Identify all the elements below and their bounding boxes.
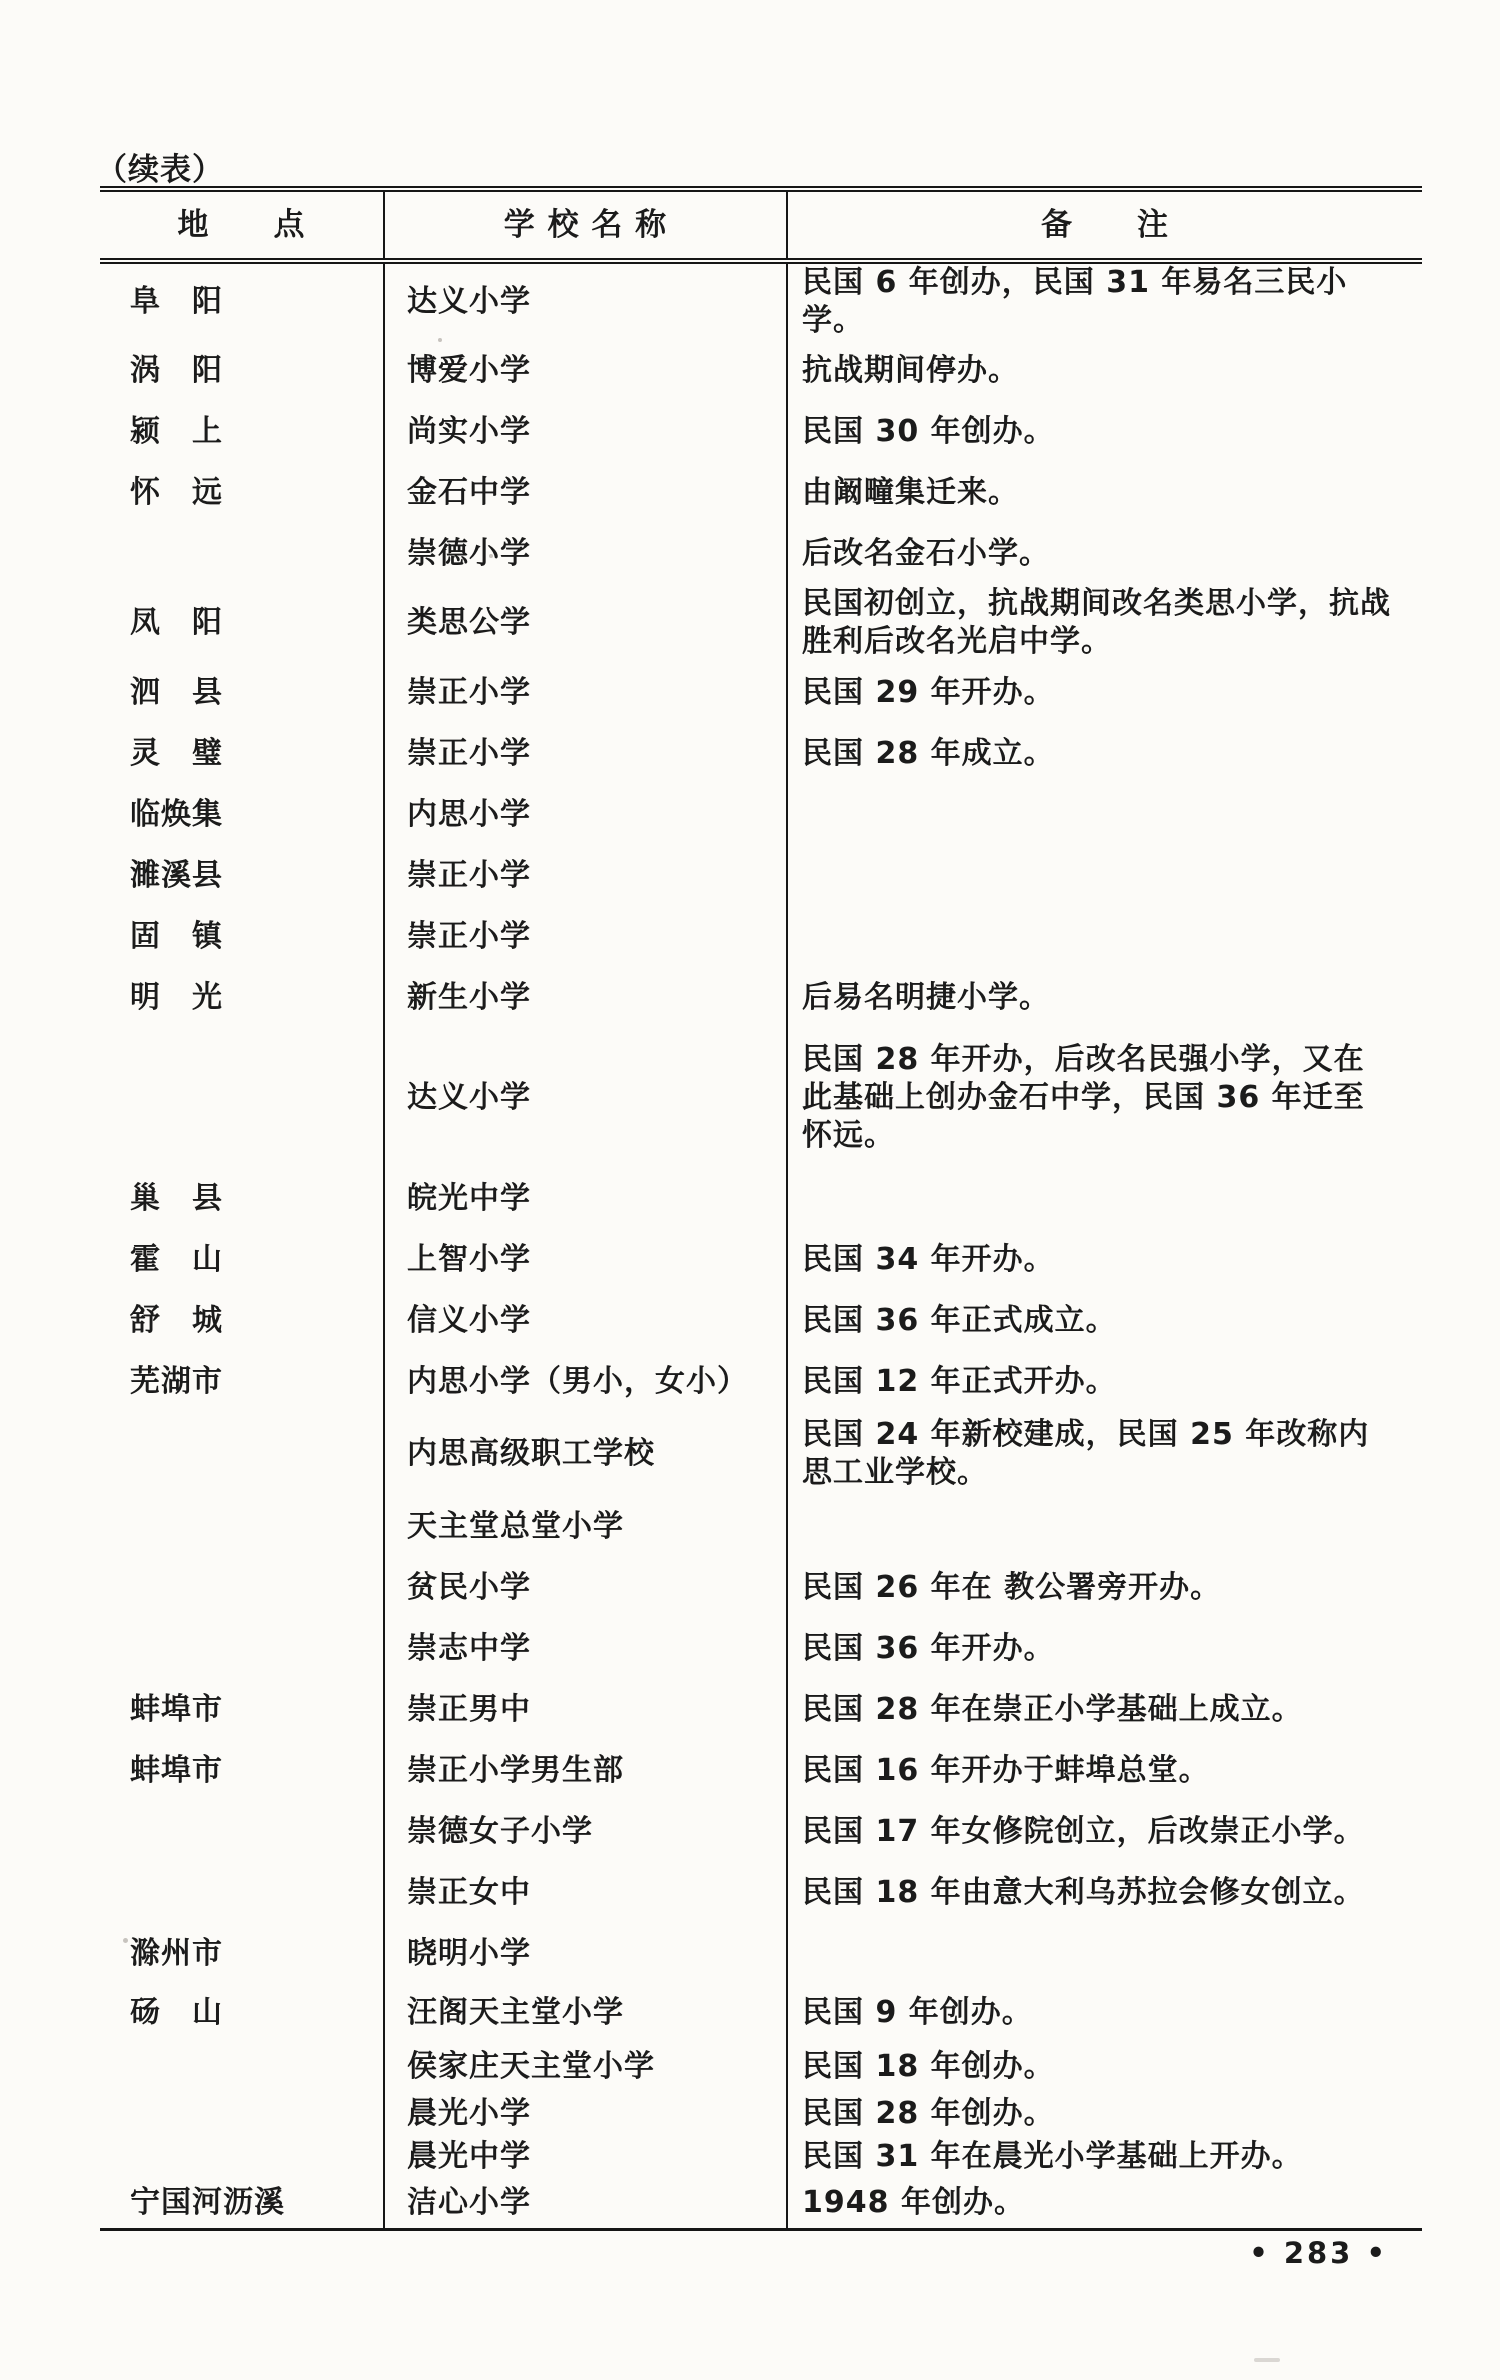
cell-location: 怀 远 — [100, 462, 385, 523]
cell-note: 民国 29 年开办。 — [788, 662, 1422, 723]
cell-location — [100, 1028, 385, 1168]
table-row: 贫民小学 民国 26 年在 教公署旁开办。 — [100, 1557, 1422, 1618]
scanned-page: （续表） 地 点 学 校 名 称 备 注 阜 阳 达义小学 民国 6 年创办，民… — [0, 0, 1500, 2380]
cell-location — [100, 2092, 385, 2135]
cell-location: 蚌埠市 — [100, 1740, 385, 1801]
page-number: • 283 • — [1249, 2236, 1388, 2270]
cell-location: 濉溪县 — [100, 845, 385, 906]
cell-location: 芜湖市 — [100, 1351, 385, 1412]
cell-location: 宁国河沥溪 — [100, 2178, 385, 2228]
cell-note: 民国 17 年女修院创立，后改崇正小学。 — [788, 1801, 1422, 1862]
header-note: 备 注 — [788, 192, 1422, 258]
table-row: 崇德小学 后改名金石小学。 — [100, 523, 1422, 584]
cell-school-name: 皖光中学 — [385, 1168, 788, 1229]
continuation-label: （续表） — [96, 144, 224, 189]
cell-school-name: 崇正男中 — [385, 1679, 788, 1740]
cell-location: 凤 阳 — [100, 584, 385, 662]
cell-note — [788, 1496, 1422, 1557]
table-row: 崇德女子小学 民国 17 年女修院创立，后改崇正小学。 — [100, 1801, 1422, 1862]
cell-location — [100, 1618, 385, 1679]
cell-note: 民国 9 年创办。 — [788, 1984, 1422, 2042]
cell-school-name: 晨光中学 — [385, 2135, 788, 2178]
table-row: 砀 山 汪阁天主堂小学 民国 9 年创办。 — [100, 1984, 1422, 2042]
cell-location: 滁州市 — [100, 1923, 385, 1984]
cell-location — [100, 1862, 385, 1923]
cell-school-name: 新生小学 — [385, 967, 788, 1028]
table-row: 固 镇 崇正小学 — [100, 906, 1422, 967]
cell-location — [100, 1557, 385, 1618]
table-row: 滁州市 晓明小学 — [100, 1923, 1422, 1984]
cell-location: 巢 县 — [100, 1168, 385, 1229]
cell-note: 民国 18 年创办。 — [788, 2042, 1422, 2092]
cell-note — [788, 1168, 1422, 1229]
cell-school-name: 类思公学 — [385, 584, 788, 662]
schools-table: 地 点 学 校 名 称 备 注 阜 阳 达义小学 民国 6 年创办，民国 31 … — [100, 186, 1422, 2231]
table-row: 颍 上 尚实小学 民国 30 年创办。 — [100, 401, 1422, 462]
cell-note — [788, 784, 1422, 845]
table-row: 明 光 新生小学 后易名明捷小学。 — [100, 967, 1422, 1028]
cell-school-name: 汪阁天主堂小学 — [385, 1984, 788, 2042]
cell-school-name: 洁心小学 — [385, 2178, 788, 2228]
cell-location: 霍 山 — [100, 1229, 385, 1290]
cell-location — [100, 2135, 385, 2178]
cell-school-name: 内思小学（男小，女小） — [385, 1351, 788, 1412]
cell-location — [100, 1496, 385, 1557]
cell-location — [100, 1801, 385, 1862]
table-row: 侯家庄天主堂小学 民国 18 年创办。 — [100, 2042, 1422, 2092]
table-row: 阜 阳 达义小学 民国 6 年创办，民国 31 年易名三民小学。 — [100, 264, 1422, 340]
cell-note: 抗战期间停办。 — [788, 340, 1422, 401]
cell-note: 民国 36 年正式成立。 — [788, 1290, 1422, 1351]
table-row: 内思高级职工学校 民国 24 年新校建成，民国 25 年改称内思工业学校。 — [100, 1412, 1422, 1496]
cell-location: 颍 上 — [100, 401, 385, 462]
cell-school-name: 内思小学 — [385, 784, 788, 845]
table-row: 怀 远 金石中学 由阚疃集迁来。 — [100, 462, 1422, 523]
cell-note: 民国 6 年创办，民国 31 年易名三民小学。 — [788, 264, 1422, 340]
table-row: 天主堂总堂小学 — [100, 1496, 1422, 1557]
cell-note: 民国 28 年开办，后改名民强小学，又在此基础上创办金石中学，民国 36 年迁至… — [788, 1028, 1422, 1168]
cell-note: 1948 年创办。 — [788, 2178, 1422, 2228]
scan-smudge — [1254, 2358, 1280, 2362]
table-row: 涡 阳 博爱小学 抗战期间停办。 — [100, 340, 1422, 401]
cell-location: 阜 阳 — [100, 264, 385, 340]
cell-note: 后改名金石小学。 — [788, 523, 1422, 584]
cell-note: 民国 28 年成立。 — [788, 723, 1422, 784]
cell-location — [100, 2042, 385, 2092]
cell-note: 由阚疃集迁来。 — [788, 462, 1422, 523]
cell-note: 民国 30 年创办。 — [788, 401, 1422, 462]
cell-note: 民国 12 年正式开办。 — [788, 1351, 1422, 1412]
cell-school-name: 贫民小学 — [385, 1557, 788, 1618]
table-row: 濉溪县 崇正小学 — [100, 845, 1422, 906]
cell-note: 后易名明捷小学。 — [788, 967, 1422, 1028]
cell-location — [100, 523, 385, 584]
table-header-row: 地 点 学 校 名 称 备 注 — [100, 192, 1422, 264]
cell-note — [788, 906, 1422, 967]
table-row: 舒 城 信义小学 民国 36 年正式成立。 — [100, 1290, 1422, 1351]
cell-location: 舒 城 — [100, 1290, 385, 1351]
cell-school-name: 崇正女中 — [385, 1862, 788, 1923]
cell-school-name: 尚实小学 — [385, 401, 788, 462]
cell-school-name: 达义小学 — [385, 1028, 788, 1168]
cell-school-name: 崇志中学 — [385, 1618, 788, 1679]
cell-school-name: 崇正小学 — [385, 906, 788, 967]
cell-school-name: 侯家庄天主堂小学 — [385, 2042, 788, 2092]
scan-speck — [489, 554, 493, 558]
table-row: 达义小学 民国 28 年开办，后改名民强小学，又在此基础上创办金石中学，民国 3… — [100, 1028, 1422, 1168]
cell-note: 民国 16 年开办于蚌埠总堂。 — [788, 1740, 1422, 1801]
cell-school-name: 达义小学 — [385, 264, 788, 340]
table-row: 崇正女中 民国 18 年由意大利乌苏拉会修女创立。 — [100, 1862, 1422, 1923]
cell-school-name: 博爱小学 — [385, 340, 788, 401]
cell-location: 砀 山 — [100, 1984, 385, 2042]
cell-note: 民国 36 年开办。 — [788, 1618, 1422, 1679]
cell-note — [788, 1923, 1422, 1984]
table-row: 晨光小学 民国 28 年创办。 — [100, 2092, 1422, 2135]
table-row: 芜湖市 内思小学（男小，女小） 民国 12 年正式开办。 — [100, 1351, 1422, 1412]
cell-location: 明 光 — [100, 967, 385, 1028]
cell-school-name: 崇正小学男生部 — [385, 1740, 788, 1801]
cell-school-name: 内思高级职工学校 — [385, 1412, 788, 1496]
table-row: 巢 县 皖光中学 — [100, 1168, 1422, 1229]
cell-school-name: 晓明小学 — [385, 1923, 788, 1984]
table-row: 蚌埠市 崇正男中 民国 28 年在崇正小学基础上成立。 — [100, 1679, 1422, 1740]
cell-note: 民国 24 年新校建成，民国 25 年改称内思工业学校。 — [788, 1412, 1422, 1496]
cell-note: 民国 31 年在晨光小学基础上开办。 — [788, 2135, 1422, 2178]
table-row: 凤 阳 类思公学 民国初创立，抗战期间改名类思小学，抗战胜利后改名光启中学。 — [100, 584, 1422, 662]
cell-note: 民国 28 年在崇正小学基础上成立。 — [788, 1679, 1422, 1740]
scan-speck — [438, 338, 442, 342]
cell-note: 民国 28 年创办。 — [788, 2092, 1422, 2135]
table-row: 临焕集 内思小学 — [100, 784, 1422, 845]
cell-note: 民国 34 年开办。 — [788, 1229, 1422, 1290]
cell-note — [788, 845, 1422, 906]
table-body: 阜 阳 达义小学 民国 6 年创办，民国 31 年易名三民小学。 涡 阳 博爱小… — [100, 264, 1422, 2228]
cell-location: 固 镇 — [100, 906, 385, 967]
table-row: 霍 山 上智小学 民国 34 年开办。 — [100, 1229, 1422, 1290]
cell-note: 民国 18 年由意大利乌苏拉会修女创立。 — [788, 1862, 1422, 1923]
cell-school-name: 崇正小学 — [385, 723, 788, 784]
cell-location: 涡 阳 — [100, 340, 385, 401]
cell-school-name: 崇德女子小学 — [385, 1801, 788, 1862]
cell-location: 临焕集 — [100, 784, 385, 845]
table-row: 晨光中学 民国 31 年在晨光小学基础上开办。 — [100, 2135, 1422, 2178]
cell-location: 灵 璧 — [100, 723, 385, 784]
cell-location — [100, 1412, 385, 1496]
cell-note: 民国初创立，抗战期间改名类思小学，抗战胜利后改名光启中学。 — [788, 584, 1422, 662]
cell-school-name: 崇正小学 — [385, 662, 788, 723]
table-row: 崇志中学 民国 36 年开办。 — [100, 1618, 1422, 1679]
header-location: 地 点 — [100, 192, 385, 258]
table-row: 蚌埠市 崇正小学男生部 民国 16 年开办于蚌埠总堂。 — [100, 1740, 1422, 1801]
table-row: 宁国河沥溪 洁心小学 1948 年创办。 — [100, 2178, 1422, 2228]
cell-school-name: 上智小学 — [385, 1229, 788, 1290]
table-row: 泗 县 崇正小学 民国 29 年开办。 — [100, 662, 1422, 723]
cell-location: 泗 县 — [100, 662, 385, 723]
header-school-name: 学 校 名 称 — [385, 192, 788, 258]
table-row: 灵 璧 崇正小学 民国 28 年成立。 — [100, 723, 1422, 784]
cell-school-name: 金石中学 — [385, 462, 788, 523]
cell-location: 蚌埠市 — [100, 1679, 385, 1740]
cell-note: 民国 26 年在 教公署旁开办。 — [788, 1557, 1422, 1618]
scan-speck — [123, 1938, 128, 1943]
cell-school-name: 崇正小学 — [385, 845, 788, 906]
cell-school-name: 崇德小学 — [385, 523, 788, 584]
cell-school-name: 天主堂总堂小学 — [385, 1496, 788, 1557]
cell-school-name: 晨光小学 — [385, 2092, 788, 2135]
cell-school-name: 信义小学 — [385, 1290, 788, 1351]
